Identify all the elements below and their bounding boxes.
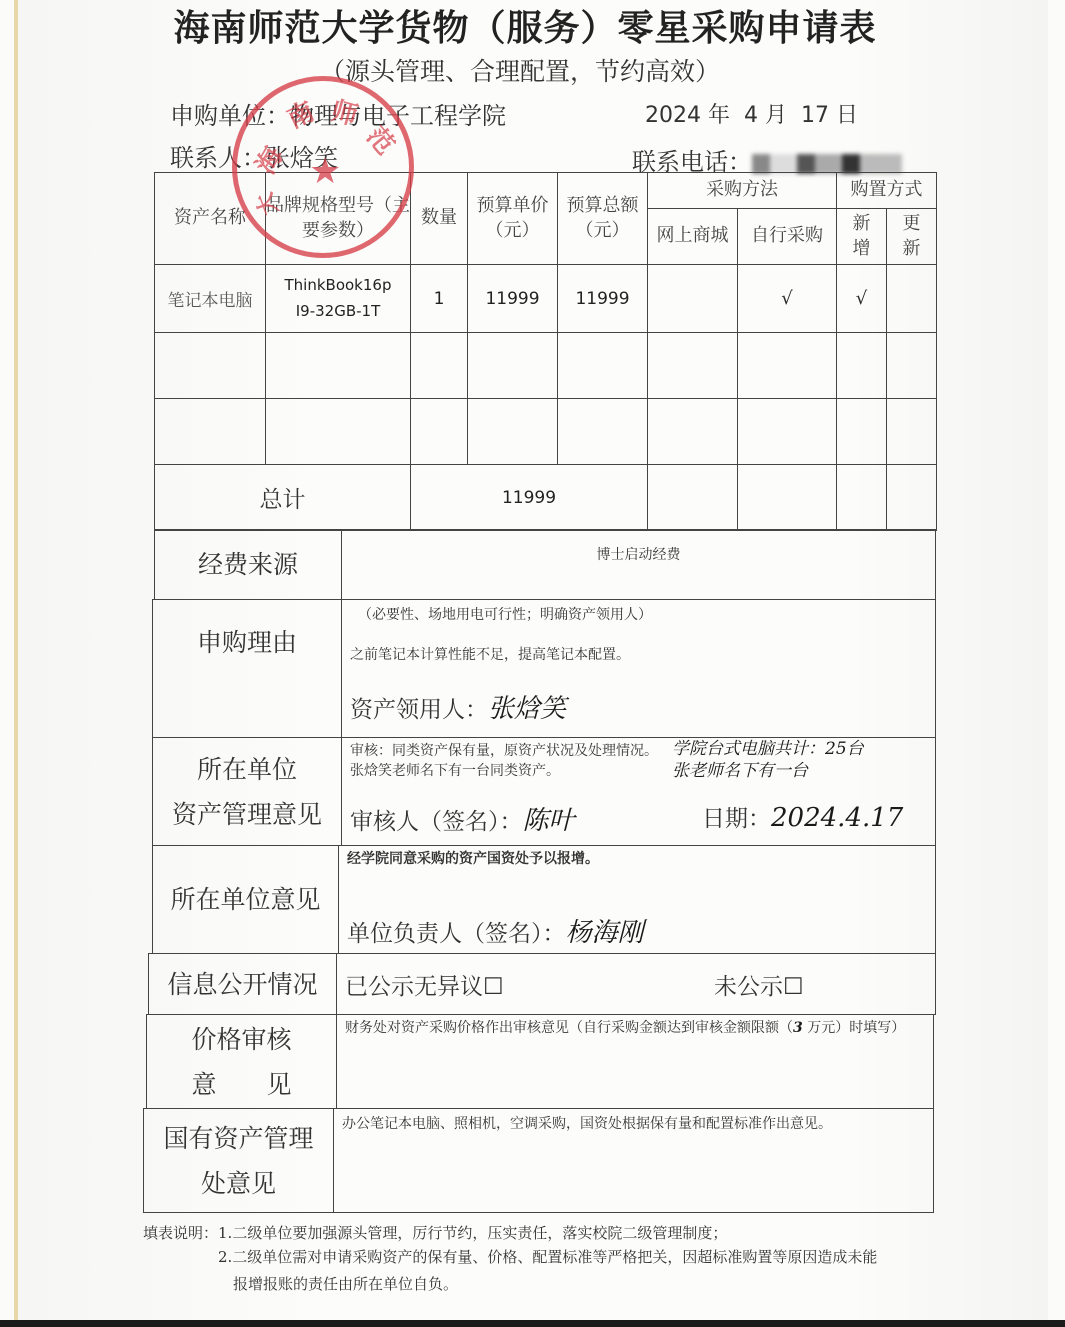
state-asset-label: 国有资产管理处意见	[144, 1109, 334, 1213]
price-review-section: 价格审核意 见 财务处对资产采购价格作出审核意见（自行采购金额达到审核金额限额（…	[146, 1014, 934, 1109]
notes-line-1: 填表说明：1.二级单位要加强源头管理，厉行节约，压实责任，落实校院二级管理制度；	[143, 1222, 727, 1243]
reason-content: （必要性、场地用电可行性；明确资产领用人） 之前笔记本计算性能不足，提高笔记本配…	[342, 600, 936, 738]
reviewer-signature: 陈叶	[523, 806, 575, 836]
phone-redacted	[752, 154, 902, 174]
form-subtitle: （源头管理、合理配置，节约高效）	[320, 52, 720, 88]
unit-head-row: 单位负责人（签名）：杨海刚	[347, 912, 927, 949]
reason-text: 之前笔记本计算性能不足，提高笔记本配置。	[350, 644, 927, 664]
disclosure-label: 信息公开情况	[149, 954, 337, 1015]
row-replace-check	[887, 265, 937, 333]
table-row: 笔记本电脑 ThinkBook16pI9-32GB-1T 1 11999 119…	[155, 265, 937, 333]
header-mode-replace: 更新	[887, 209, 937, 265]
items-table: 资产名称 品牌规格型号（主要参数） 数量 预算单价（元） 预算总额（元） 采购方…	[154, 172, 937, 531]
funding-value: 博士启动经费	[342, 530, 936, 600]
review-date: 日期：2024.4.17	[702, 800, 903, 833]
price-threshold: 3	[793, 1020, 803, 1036]
form-title: 海南师范大学货物（服务）零星采购申请表	[170, 0, 880, 51]
header-total: 预算总额（元）	[558, 173, 648, 265]
row-new-check: √	[837, 265, 887, 333]
contact-row: 联系人：张焓笑	[170, 138, 338, 173]
header-mode-group: 购置方式	[837, 173, 937, 209]
unit-opinion-section: 所在单位意见 经学院同意采购的资产国资处予以报增。 单位负责人（签名）：杨海刚	[152, 845, 936, 954]
disclosure-options: 已公示无异议☐ 未公示☐	[337, 954, 936, 1015]
bottom-edge	[0, 1320, 1065, 1327]
applicant-unit-value: 物理与电子工程学院	[290, 102, 506, 130]
asset-mgmt-section: 所在单位资产管理意见 审核：同类资产保有量，原资产状况及处理情况。 张焓笑老师名…	[152, 737, 936, 846]
reviewer-row: 审核人（签名）：陈叶 日期：2024.4.17	[350, 800, 927, 837]
row-quantity: 1	[411, 265, 468, 333]
asset-mgmt-label: 所在单位资产管理意见	[153, 738, 342, 846]
disclosure-option-unpublished: 未公示☐	[714, 968, 804, 1001]
row-total: 11999	[558, 265, 648, 333]
recipient-label: 资产领用人：	[350, 697, 488, 723]
unit-opinion-text: 经学院同意采购的资产国资处予以报增。	[347, 848, 927, 868]
reason-section: 申购理由 （必要性、场地用电可行性；明确资产领用人） 之前笔记本计算性能不足，提…	[152, 599, 936, 738]
total-row: 总计 11999	[155, 465, 937, 531]
header-brand-model: 品牌规格型号（主要参数）	[266, 173, 411, 265]
reviewer-label: 审核人（签名）：	[350, 809, 523, 835]
paper-edge	[14, 0, 18, 1320]
reason-hint: （必要性、场地用电可行性；明确资产领用人）	[350, 604, 927, 624]
contact-label: 联系人：	[170, 144, 266, 172]
row-asset-name: 笔记本电脑	[155, 265, 266, 333]
disclosure-option-published: 已公示无异议☐	[345, 974, 504, 1000]
notes-label: 填表说明：	[143, 1224, 218, 1242]
asset-mgmt-content: 审核：同类资产保有量，原资产状况及处理情况。 张焓笑老师名下有一台同类资产。 学…	[342, 738, 936, 846]
disclosure-section: 信息公开情况 已公示无异议☐ 未公示☐	[148, 953, 936, 1015]
recipient-signature: 张焓笑	[488, 694, 566, 724]
notes-line-2: 2.二级单位需对申请采购资产的保有量、价格、配置标准等严格把关，因超标准购置等原…	[218, 1246, 877, 1267]
price-review-label: 价格审核意 见	[147, 1015, 337, 1109]
table-row	[155, 333, 937, 399]
applicant-unit-row: 申购单位：物理与电子工程学院	[170, 96, 506, 131]
row-unit-price: 11999	[468, 265, 558, 333]
funding-section: 经费来源 博士启动经费	[154, 529, 936, 600]
header-mode-new: 新增	[837, 209, 887, 265]
header-method-group: 采购方法	[648, 173, 837, 209]
application-date: 2024 年 4 月 17 日	[645, 98, 858, 129]
state-asset-section: 国有资产管理处意见 办公笔记本电脑、照相机，空调采购，国资处根据保有量和配置标准…	[143, 1108, 934, 1213]
header-unit-price: 预算单价（元）	[468, 173, 558, 265]
unit-head-label: 单位负责人（签名）：	[347, 921, 566, 947]
funding-label: 经费来源	[155, 530, 342, 600]
header-method-online: 网上商城	[648, 209, 738, 265]
total-value: 11999	[411, 465, 648, 531]
header-method-self: 自行采购	[738, 209, 837, 265]
unit-head-signature: 杨海刚	[566, 918, 644, 948]
row-brand-model: ThinkBook16pI9-32GB-1T	[266, 265, 411, 333]
row-self-check: √	[738, 265, 837, 333]
reason-label: 申购理由	[153, 600, 342, 738]
recipient-row: 资产领用人：张焓笑	[350, 688, 927, 725]
unit-opinion-label: 所在单位意见	[153, 846, 339, 954]
price-review-content: 财务处对资产采购价格作出审核意见（自行采购金额达到审核金额限额（3 万元）时填写…	[337, 1015, 934, 1109]
contact-value: 张焓笑	[266, 144, 338, 172]
table-row	[155, 399, 937, 465]
total-label: 总计	[155, 465, 411, 531]
header-asset-name: 资产名称	[155, 173, 266, 265]
handwritten-note: 学院台式电脑共计：25台 张老师名下有一台	[672, 738, 864, 782]
unit-opinion-content: 经学院同意采购的资产国资处予以报增。 单位负责人（签名）：杨海刚	[339, 846, 936, 954]
applicant-unit-label: 申购单位：	[170, 102, 290, 130]
state-asset-text: 办公笔记本电脑、照相机，空调采购，国资处根据保有量和配置标准作出意见。	[334, 1109, 934, 1213]
header-quantity: 数量	[411, 173, 468, 265]
notes-line-3: 报增报账的责任由所在单位自负。	[233, 1273, 458, 1294]
row-online-check	[648, 265, 738, 333]
